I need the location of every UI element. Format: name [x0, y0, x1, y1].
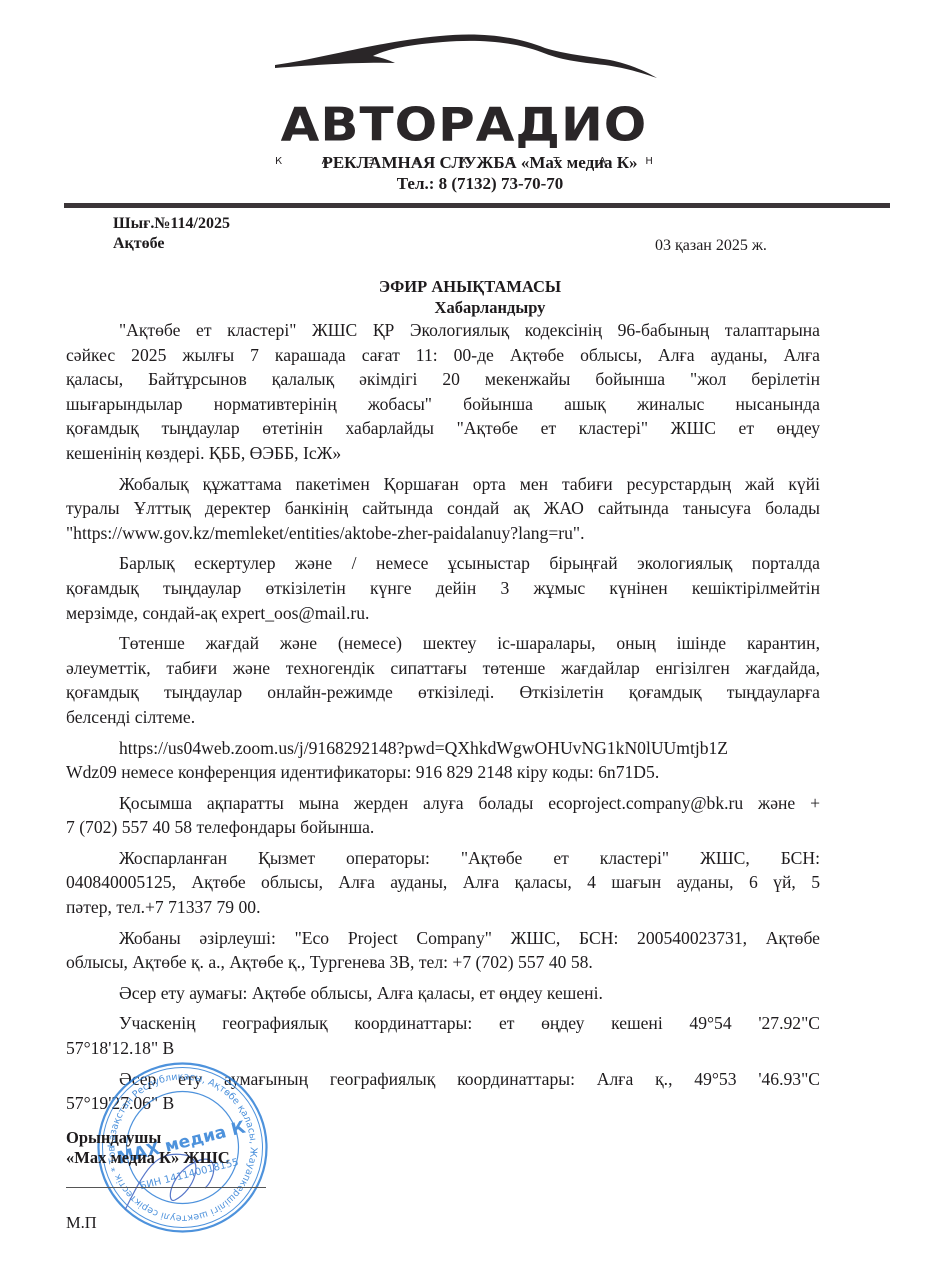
paragraph: Төтенше жағдай және (немесе) шектеу іс-ш…	[66, 631, 820, 729]
paragraph-line: қаласы, Байтұрсынов қалалық әкімдігі 20 …	[13, 367, 820, 392]
paragraph-line: әлеуметтік, табиғи және техногендік сипа…	[13, 656, 820, 681]
paragraph-line: Әсер ету аумағы: Ақтөбе облысы, Алға қал…	[66, 981, 820, 1006]
paragraph-line: шығарындылар нормативтерінің жобасы" бой…	[13, 392, 820, 417]
paragraph: Жоспарланған Қызмет операторы: "Ақтөбе е…	[66, 846, 820, 920]
signature-line	[66, 1187, 266, 1188]
paragraph-line: Жоспарланған Қызмет операторы: "Ақтөбе е…	[66, 846, 820, 871]
car-silhouette-icon	[265, 30, 660, 85]
paragraph-line: пәтер, тел.+7 71337 79 00.	[13, 895, 820, 920]
paragraph-line: кешенінің көздері. ҚББ, ӨЭББ, ІсЖ»	[13, 441, 820, 466]
paragraph: Қосымша ақпаратты мына жерден алуға бола…	[66, 791, 820, 840]
paragraph-line: 7 (702) 557 40 58 телефондары бойынша.	[13, 815, 820, 840]
paragraph-line: 040840005125, Ақтөбе облысы, Алға ауданы…	[13, 870, 820, 895]
document-date: 03 қазан 2025 ж.	[655, 236, 767, 256]
paragraph-line: Төтенше жағдай және (немесе) шектеу іс-ш…	[66, 631, 820, 656]
paragraph: Жобаны әзірлеуші: "Eco Project Company" …	[66, 926, 820, 975]
paragraph-line: белсенді сілтеме.	[13, 705, 820, 730]
paragraph-line: 57°18'12.18" В	[13, 1036, 820, 1061]
paragraph-line: Қосымша ақпаратты мына жерден алуға бола…	[66, 791, 820, 816]
paragraph-line: облысы, Ақтөбе қ. а., Ақтөбе қ., Тургене…	[13, 950, 820, 975]
paragraph: Әсер ету аумағы: Ақтөбе облысы, Алға қал…	[66, 981, 820, 1006]
paragraph-line: Жобалық құжаттама пакетімен Қоршаған орт…	[66, 472, 820, 497]
header-divider	[64, 203, 890, 208]
document-page: АВТОРАДИО КАЗАХСТАН РЕКЛАМНАЯ СЛУЖБА «Ma…	[0, 0, 930, 1280]
paragraph-line: Wdz09 немесе конференция идентификаторы:…	[13, 760, 820, 785]
paragraph-line: қоғамдық тыңдаулар онлайн-режимде өткізі…	[13, 680, 820, 705]
paragraph: https://us04web.zoom.us/j/9168292148?pwd…	[66, 736, 820, 785]
seal-mark: М.П	[66, 1213, 97, 1233]
paragraph-line: Барлық ескертулер және / немесе ұсыныста…	[66, 551, 820, 576]
paragraph-line: Жобаны әзірлеуші: "Eco Project Company" …	[66, 926, 820, 951]
paragraph: Учаскенің географиялық координаттары: ет…	[66, 1011, 820, 1060]
paragraph: Жобалық құжаттама пакетімен Қоршаған орт…	[66, 472, 820, 546]
service-phone: Тел.: 8 (7132) 73-70-70	[0, 173, 930, 195]
outgoing-number: Шығ.№114/2025	[113, 214, 230, 234]
paragraph-line: қоғамдық тыңдаулар өткізілетін күнге дей…	[13, 576, 820, 601]
paragraph: Барлық ескертулер және / немесе ұсыныста…	[66, 551, 820, 625]
document-title: ЭФИР АНЫҚТАМАСЫ	[0, 277, 930, 297]
paragraph-line: "Ақтөбе ет кластері" ЖШС ҚР Экологиялық …	[66, 318, 820, 343]
announcement-body: "Ақтөбе ет кластері" ЖШС ҚР Экологиялық …	[66, 318, 820, 1116]
signatory-role: Орындаушы	[66, 1128, 161, 1148]
logo-wordmark: АВТОРАДИО	[269, 102, 659, 148]
paragraph-line: қоғамдық тыңдаулар өтетінін хабарлайды "…	[13, 416, 820, 441]
paragraph-line: туралы Ұлттық деректер банкінің сайтында…	[13, 496, 820, 521]
paragraph-line: https://us04web.zoom.us/j/9168292148?pwd…	[66, 736, 820, 761]
paragraph-line: мерзімде, сондай-ақ expert_oos@mail.ru.	[13, 601, 820, 626]
signatory-company: «Max медиа К» ЖШС	[66, 1148, 230, 1168]
avtoradio-logo: АВТОРАДИО КАЗАХСТАН	[265, 30, 660, 140]
document-subtitle: Хабарландыру	[0, 298, 930, 318]
paragraph-line: "https://www.gov.kz/memleket/entities/ak…	[13, 521, 820, 546]
paragraph-line: Учаскенің географиялық координаттары: ет…	[66, 1011, 820, 1036]
paragraph-line: сәйкес 2025 жылғы 7 карашада сағат 11: 0…	[13, 343, 820, 368]
paragraph: "Ақтөбе ет кластері" ЖШС ҚР Экологиялық …	[66, 318, 820, 466]
advertising-service-name: РЕКЛАМНАЯ СЛУЖБА «Max медиа К»	[0, 152, 930, 174]
city: Ақтөбе	[113, 234, 165, 254]
